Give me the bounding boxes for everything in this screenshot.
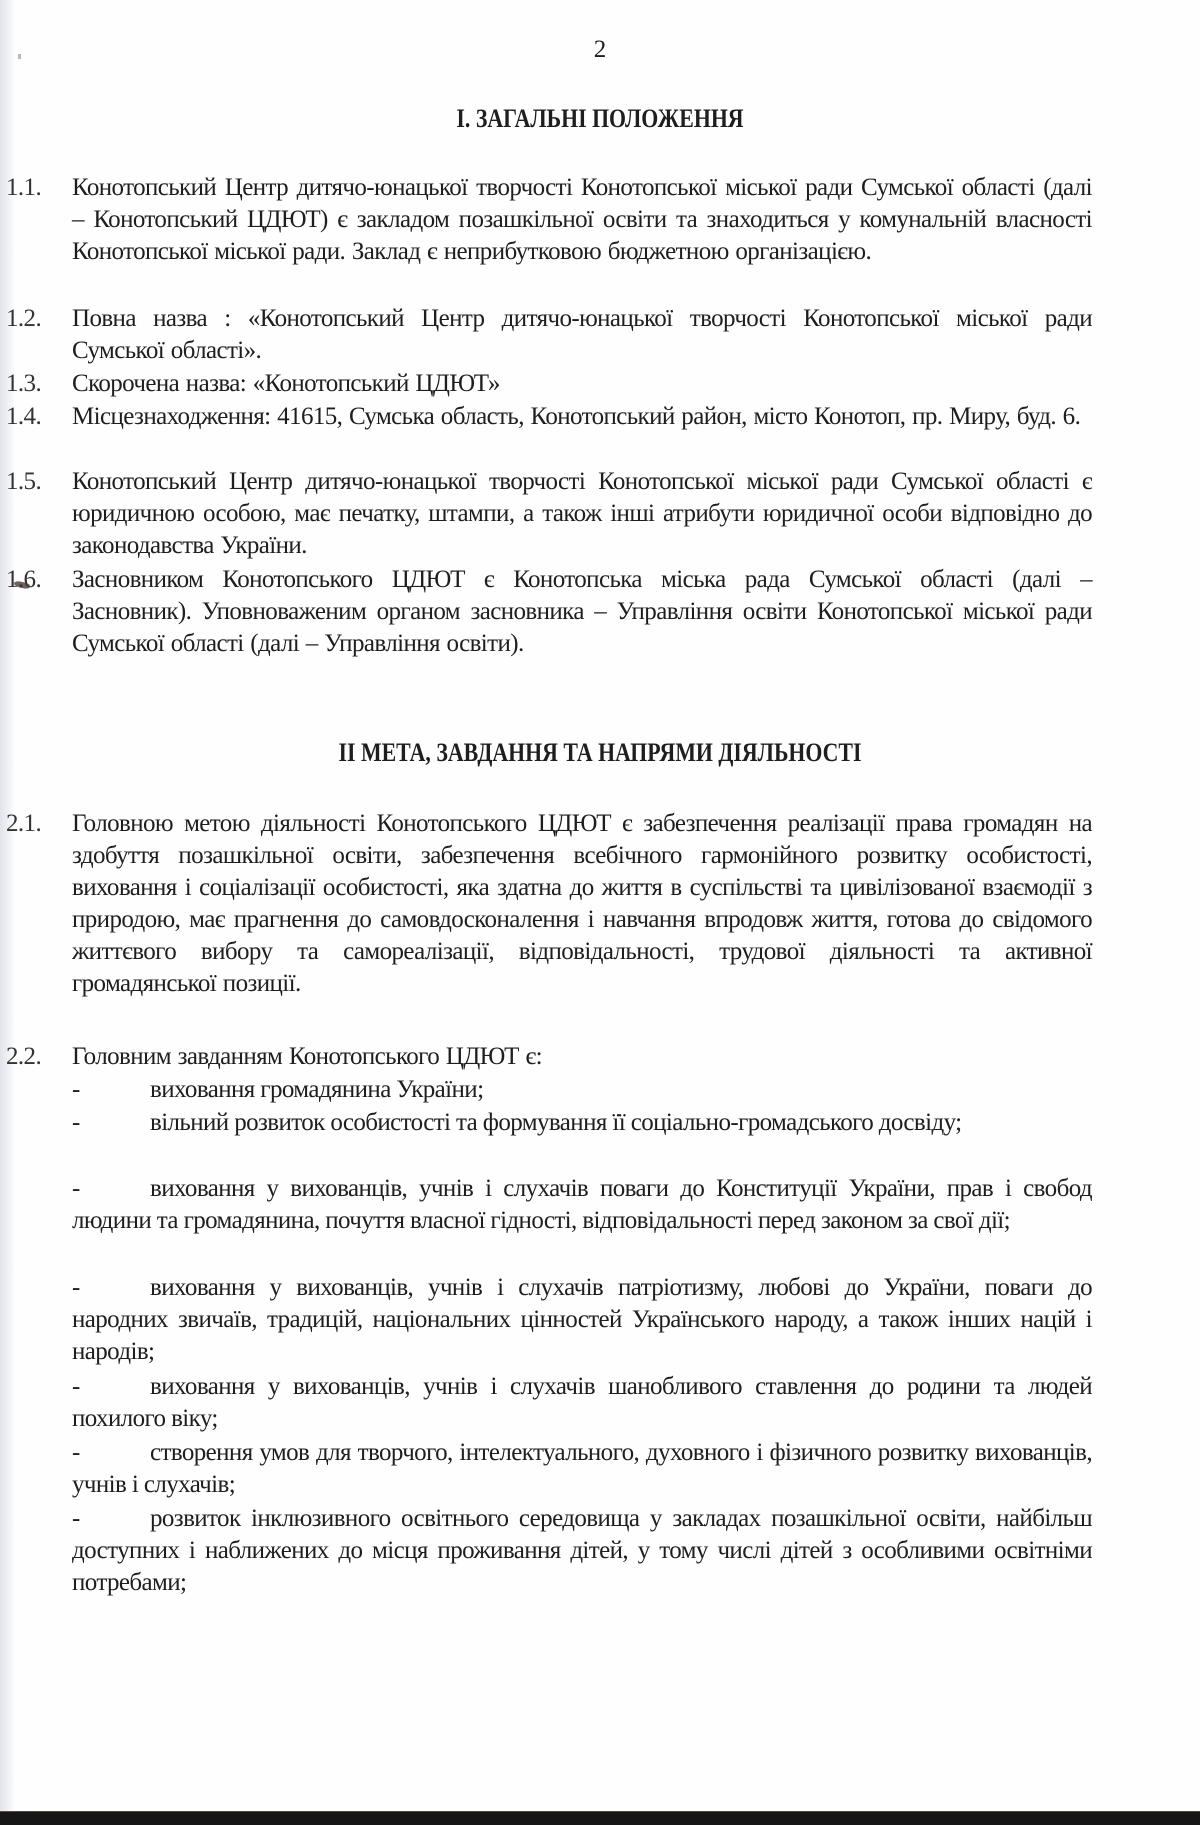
task-item: -виховання громадянина України;: [0, 1074, 1092, 1107]
clause-text: Головною метою діяльності Конотопського …: [72, 808, 1092, 1000]
clause-number: 1.6.: [6, 564, 41, 596]
section-2-body: 2.1. Головною метою діяльності Конотопсь…: [0, 808, 1200, 1602]
task-text: виховання у вихованців, учнів і слухачів…: [72, 1373, 1092, 1432]
section-2-title: ІІ МЕТА, ЗАВДАННЯ ТА НАПРЯМИ ДІЯЛЬНОСТІ: [96, 738, 1104, 768]
list-dash: -: [72, 1437, 150, 1469]
task-item: -виховання у вихованців, учнів і слухачі…: [0, 1272, 1092, 1371]
task-text: виховання у вихованців, учнів і слухачів…: [72, 1175, 1092, 1234]
clause-number: 1.4.: [6, 401, 41, 433]
clause-text: Конотопський Центр дитячо-юнацької творч…: [72, 466, 1092, 562]
clause-text: Головним завданням Конотопського ЦДЮТ є:: [72, 1041, 1092, 1073]
task-text: виховання громадянина України;: [150, 1076, 483, 1103]
clause-2-1: 2.1. Головною метою діяльності Конотопсь…: [0, 808, 1092, 1041]
task-text: створення умов для творчого, інтелектуал…: [72, 1439, 1092, 1498]
clause-number: 2.1.: [6, 808, 41, 840]
clause-text: Місцезнаходження: 41615, Сумська область…: [72, 401, 1092, 433]
scan-bottom-edge: [0, 1811, 1200, 1825]
clause-1-5: 1.5. Конотопський Центр дитячо-юнацької …: [0, 466, 1092, 564]
section-1-title: І. ЗАГАЛЬНІ ПОЛОЖЕННЯ: [96, 104, 1104, 134]
section-1-body: 1.1. Конотопський Центр дитячо-юнацької …: [0, 172, 1200, 662]
clause-1-6: 1.6. Засновником Конотопського ЦДЮТ є Ко…: [0, 564, 1092, 662]
task-text: виховання у вихованців, учнів і слухачів…: [72, 1274, 1092, 1365]
task-item: -створення умов для творчого, інтелектуа…: [0, 1437, 1092, 1503]
clause-1-1: 1.1. Конотопський Центр дитячо-юнацької …: [0, 172, 1092, 303]
list-dash: -: [72, 1272, 150, 1304]
task-text: вільний розвиток особистості та формуван…: [150, 1109, 962, 1136]
clause-1-3: 1.3. Скорочена назва: «Конотопський ЦДЮТ…: [0, 368, 1092, 401]
clause-number: 2.2.: [6, 1041, 41, 1073]
document-page: 2 І. ЗАГАЛЬНІ ПОЛОЖЕННЯ 1.1. Конотопськи…: [0, 0, 1200, 1812]
task-item: -виховання у вихованців, учнів і слухачі…: [0, 1173, 1092, 1272]
clause-text: Повна назва : «Конотопський Центр дитячо…: [72, 303, 1092, 367]
list-dash: -: [72, 1503, 150, 1535]
task-item: -розвиток інклюзивного освітнього середо…: [0, 1503, 1092, 1602]
clause-text: Конотопський Центр дитячо-юнацької творч…: [72, 172, 1092, 268]
clause-text: Скорочена назва: «Конотопський ЦДЮТ»: [72, 368, 1092, 400]
clause-number: 1.2.: [6, 303, 41, 335]
page-number: 2: [0, 36, 1200, 64]
clause-number: 1.5.: [6, 466, 41, 498]
task-text: розвиток інклюзивного освітнього середов…: [72, 1505, 1092, 1596]
clause-1-4: 1.4. Місцезнаходження: 41615, Сумська об…: [0, 401, 1092, 466]
list-dash: -: [72, 1107, 150, 1139]
list-dash: -: [72, 1173, 150, 1205]
clause-number: 1.1.: [6, 172, 41, 204]
clause-2-2: 2.2. Головним завданням Конотопського ЦД…: [0, 1041, 1092, 1074]
clause-text: Засновником Конотопського ЦДЮТ є Конотоп…: [72, 564, 1092, 660]
task-item: -виховання у вихованців, учнів і слухачі…: [0, 1371, 1092, 1437]
clause-1-2: 1.2. Повна назва : «Конотопський Центр д…: [0, 303, 1092, 368]
task-item: -вільний розвиток особистості та формува…: [0, 1107, 1092, 1173]
list-dash: -: [72, 1371, 150, 1403]
list-dash: -: [72, 1074, 150, 1106]
clause-number: 1.3.: [6, 368, 41, 400]
